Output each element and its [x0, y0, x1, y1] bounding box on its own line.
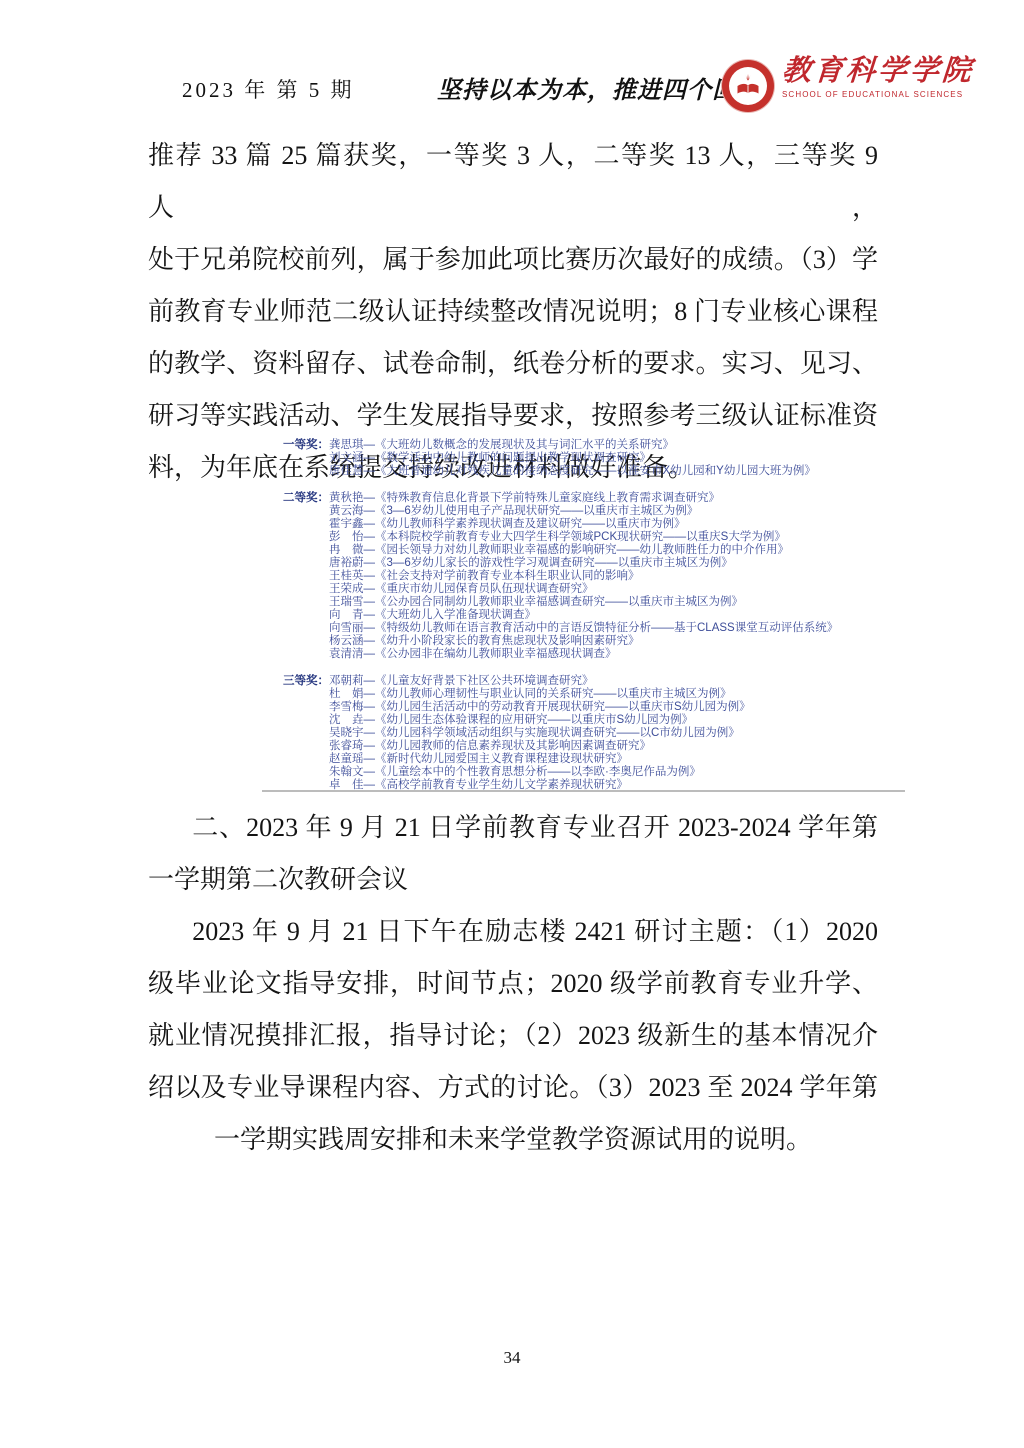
award-winner-name: 李雪梅 — [329, 701, 364, 713]
award-thesis-title: 《数学活动中幼儿教师的问题提出教学现状调查研究》 — [375, 452, 651, 464]
award-item: 朱翰文—《儿童绘本中的个性教育思想分析——以李欧·李奥尼作品为例》 — [329, 766, 923, 779]
dash: — — [364, 557, 376, 569]
dash: — — [364, 648, 376, 660]
image-bottom-divider — [262, 790, 905, 792]
dash: — — [364, 766, 376, 778]
award-winner-name: 王桂英 — [329, 570, 364, 582]
award-group-second-prize: 二等奖： 黄秋艳—《特殊教育信息化背景下学前特殊儿童家庭线上教育需求调查研究》黄… — [283, 492, 923, 661]
text-line: 就业情况摸排汇报，指导讨论；（2）2023 级新生的基本情况介 — [148, 1010, 878, 1062]
dash: — — [364, 492, 376, 504]
dash: — — [364, 544, 376, 556]
award-thesis-title: 《幼儿园教师的信息素养现状及其影响因素调查研究》 — [375, 740, 651, 752]
header-motto: 坚持以本为本，推进四个回归 — [437, 70, 762, 105]
award-item: 唐裕蔚—《3—6岁幼儿家长的游戏性学习观调查研究——以重庆市主城区为例》 — [329, 557, 923, 570]
award-item: 刘文涵—《数学活动中幼儿教师的问题提出教学现状调查研究》 — [329, 452, 923, 465]
award-winner-name: 张睿琦 — [329, 740, 364, 752]
dash: — — [364, 675, 376, 687]
dash: — — [364, 465, 376, 477]
award-thesis-title: 《本科院校学前教育专业大四学生科学领域PCK现状研究——以重庆S大学为例》 — [375, 531, 786, 543]
award-thesis-title: 《特殊教育信息化背景下学前特殊儿童家庭线上教育需求调查研究》 — [375, 492, 720, 504]
award-winner-name: 杨云涵 — [329, 635, 364, 647]
award-thesis-title: 《重庆市幼儿园保育员队伍现状调查研究》 — [375, 583, 594, 595]
award-thesis-title: 《3—6岁幼儿家长的游戏性学习观调查研究——以重庆市主城区为例》 — [375, 557, 733, 569]
award-item: 唐佳慧—《大班普通幼儿对残疾儿童的接纳态度研究——以淮安市X幼儿园和Y幼儿园大班… — [329, 465, 923, 478]
award-item: 冉 微—《园长领导力对幼儿教师职业幸福感的影响研究——幼儿教师胜任力的中介作用》 — [329, 544, 923, 557]
award-thesis-title: 《幼升小阶段家长的教育焦虑现状及影响因素研究》 — [375, 635, 640, 647]
award-item: 赵童瑶—《新时代幼儿园爱国主义教育课程建设现状研究》 — [329, 753, 923, 766]
award-thesis-title: 《大班幼儿数概念的发展现状及其与词汇水平的关系研究》 — [375, 439, 674, 451]
dash: — — [364, 714, 376, 726]
award-winner-name: 冉 微 — [329, 544, 364, 556]
award-winner-name: 吴晓宇 — [329, 727, 364, 739]
school-name-en: SCHOOL OF EDUCATIONAL SCIENCES — [782, 90, 974, 99]
award-winner-name: 王瑞雪 — [329, 596, 364, 608]
seal-inner-disc — [729, 67, 767, 105]
dash: — — [364, 596, 376, 608]
award-item: 龚思琪—《大班幼儿数概念的发展现状及其与词汇水平的关系研究》 — [329, 439, 923, 452]
award-item: 王桂英—《社会支持对学前教育专业本科生职业认同的影响》 — [329, 570, 923, 583]
dash: — — [364, 583, 376, 595]
award-winner-name: 朱翰文 — [329, 766, 364, 778]
text-line: 前教育专业师范二级认证持续整改情况说明；8 门专业核心课程 — [148, 286, 878, 338]
award-item: 黄云海—《3—6岁幼儿使用电子产品现状研究——以重庆市主城区为例》 — [329, 505, 923, 518]
award-item: 李雪梅—《幼儿园生活活动中的劳动教育开展现状研究——以重庆市S幼儿园为例》 — [329, 701, 923, 714]
award-items: 邓朝莉—《儿童友好背景下社区公共环境调查研究》杜 娟—《幼儿教师心理韧性与职业认… — [329, 675, 923, 792]
award-thesis-title: 《幼儿园生态体验课程的应用研究——以重庆市S幼儿园为例》 — [375, 714, 693, 726]
award-item: 黄秋艳—《特殊教育信息化背景下学前特殊儿童家庭线上教育需求调查研究》 — [329, 492, 923, 505]
award-item: 王荣成—《重庆市幼儿园保育员队伍现状调查研究》 — [329, 583, 923, 596]
award-winner-name: 邓朝莉 — [329, 675, 364, 687]
text-line: 一学期第二次教研会议 — [148, 854, 878, 906]
award-thesis-title: 《社会支持对学前教育专业本科生职业认同的影响》 — [375, 570, 640, 582]
award-winner-name: 黄秋艳 — [329, 492, 364, 504]
award-item: 向 青—《大班幼儿入学准备现状调查》 — [329, 609, 923, 622]
award-winner-name: 杜 娟 — [329, 688, 364, 700]
dash: — — [364, 740, 376, 752]
award-item: 王瑞雪—《公办园合同制幼儿教师职业幸福感调查研究——以重庆市主城区为例》 — [329, 596, 923, 609]
issue-label: 2023 年 第 5 期 — [182, 74, 355, 104]
award-group-label: 一等奖： — [283, 439, 329, 478]
text-line: 绍以及专业导课程内容、方式的讨论。（3）2023 至 2024 学年第 — [148, 1062, 878, 1114]
dash: — — [364, 570, 376, 582]
text-line: 研习等实践活动、学生发展指导要求，按照参考三级认证标准资 — [148, 390, 878, 442]
award-thesis-title: 《儿童友好背景下社区公共环境调查研究》 — [375, 675, 594, 687]
award-thesis-title: 《幼儿园生活活动中的劳动教育开展现状研究——以重庆市S幼儿园为例》 — [375, 701, 751, 713]
award-item: 霍宇鑫—《幼儿教师科学素养现状调查及建议研究——以重庆市为例》 — [329, 518, 923, 531]
award-winner-name: 唐佳慧 — [329, 465, 364, 477]
dash: — — [364, 531, 376, 543]
award-winner-name: 龚思琪 — [329, 439, 364, 451]
award-winner-name: 刘文涵 — [329, 452, 364, 464]
dash: — — [364, 439, 376, 451]
dash: — — [364, 505, 376, 517]
text-line: 2023 年 9 月 21 日下午在励志楼 2421 研讨主题：（1）2020 — [148, 906, 878, 958]
dash: — — [364, 753, 376, 765]
award-item: 邓朝莉—《儿童友好背景下社区公共环境调查研究》 — [329, 675, 923, 688]
award-thesis-title: 《特级幼儿教师在语言教育活动中的言语反馈特征分析——基于CLASS课堂互动评估系… — [375, 622, 838, 634]
text-line: 的教学、资料留存、试卷命制，纸卷分析的要求。实习、见习、 — [148, 338, 878, 390]
dash: — — [364, 609, 376, 621]
award-thesis-title: 《公办园合同制幼儿教师职业幸福感调查研究——以重庆市主城区为例》 — [375, 596, 743, 608]
award-item: 杨云涵—《幼升小阶段家长的教育焦虑现状及影响因素研究》 — [329, 635, 923, 648]
award-thesis-title: 《新时代幼儿园爱国主义教育课程建设现状研究》 — [375, 753, 628, 765]
award-items: 黄秋艳—《特殊教育信息化背景下学前特殊儿童家庭线上教育需求调查研究》黄云海—《3… — [329, 492, 923, 661]
award-thesis-title: 《幼儿教师科学素养现状调查及建议研究——以重庆市为例》 — [375, 518, 686, 530]
text-line: 级毕业论文指导安排，时间节点；2020 级学前教育专业升学、 — [148, 958, 878, 1010]
text-line: 处于兄弟院校前列，属于参加此项比赛历次最好的成绩。（3）学 — [148, 234, 878, 286]
award-items: 龚思琪—《大班幼儿数概念的发展现状及其与词汇水平的关系研究》刘文涵—《数学活动中… — [329, 439, 923, 478]
award-group-third-prize: 三等奖： 邓朝莉—《儿童友好背景下社区公共环境调查研究》杜 娟—《幼儿教师心理韧… — [283, 675, 923, 792]
dash: — — [364, 701, 376, 713]
award-winner-name: 赵童瑶 — [329, 753, 364, 765]
award-item: 杜 娟—《幼儿教师心理韧性与职业认同的关系研究——以重庆市主城区为例》 — [329, 688, 923, 701]
page-number: 34 — [0, 1348, 1024, 1368]
award-thesis-title: 《大班普通幼儿对残疾儿童的接纳态度研究——以淮安市X幼儿园和Y幼儿园大班为例》 — [375, 465, 816, 477]
dash: — — [364, 635, 376, 647]
award-winner-name: 袁清清 — [329, 648, 364, 660]
award-item: 张睿琦—《幼儿园教师的信息素养现状及其影响因素调查研究》 — [329, 740, 923, 753]
document-page: 2023 年 第 5 期 坚持以本为本，推进四个回归 教育科学学院 SCHOOL… — [0, 0, 1024, 1448]
award-item: 向雪丽—《特级幼儿教师在语言教育活动中的言语反馈特征分析——基于CLASS课堂互… — [329, 622, 923, 635]
award-thesis-title: 《3—6岁幼儿使用电子产品现状研究——以重庆市主城区为例》 — [375, 505, 698, 517]
award-thesis-title: 《幼儿园科学领域活动组织与实施现状调查研究——以C市幼儿园为例》 — [375, 727, 740, 739]
paragraph-meeting: 二、2023 年 9 月 21 日学前教育专业召开 2023-2024 学年第 … — [148, 802, 878, 1166]
dash: — — [364, 452, 376, 464]
award-winner-name: 王荣成 — [329, 583, 364, 595]
awards-list: 一等奖： 龚思琪—《大班幼儿数概念的发展现状及其与词汇水平的关系研究》刘文涵—《… — [283, 439, 923, 806]
school-logo: 教育科学学院 SCHOOL OF EDUCATIONAL SCIENCES — [722, 55, 974, 112]
open-book-icon — [733, 71, 763, 101]
dash: — — [364, 727, 376, 739]
award-group-label: 二等奖： — [283, 492, 329, 661]
text-line: 一学期实践周安排和未来学堂教学资源试用的说明。 — [148, 1114, 878, 1166]
school-name-cn: 教育科学学院 — [781, 55, 975, 87]
award-thesis-title: 《儿童绘本中的个性教育思想分析——以李欧·李奥尼作品为例》 — [375, 766, 701, 778]
award-thesis-title: 《大班幼儿入学准备现状调查》 — [375, 609, 536, 621]
award-winner-name: 霍宇鑫 — [329, 518, 364, 530]
award-group-label: 三等奖： — [283, 675, 329, 792]
award-item: 吴晓宇—《幼儿园科学领域活动组织与实施现状调查研究——以C市幼儿园为例》 — [329, 727, 923, 740]
award-winner-name: 彭 怡 — [329, 531, 364, 543]
award-thesis-title: 《幼儿教师心理韧性与职业认同的关系研究——以重庆市主城区为例》 — [375, 688, 732, 700]
award-thesis-title: 《公办园非在编幼儿教师职业幸福感现状调查》 — [375, 648, 617, 660]
dash: — — [364, 518, 376, 530]
award-winner-name: 唐裕蔚 — [329, 557, 364, 569]
award-item: 沈 垚—《幼儿园生态体验课程的应用研究——以重庆市S幼儿园为例》 — [329, 714, 923, 727]
award-thesis-title: 《园长领导力对幼儿教师职业幸福感的影响研究——幼儿教师胜任力的中介作用》 — [375, 544, 789, 556]
dash: — — [364, 622, 376, 634]
award-winner-name: 沈 垚 — [329, 714, 364, 726]
award-item: 彭 怡—《本科院校学前教育专业大四学生科学领域PCK现状研究——以重庆S大学为例… — [329, 531, 923, 544]
text-line: 推荐 33 篇 25 篇获奖，一等奖 3 人，二等奖 13 人，三等奖 9 人， — [148, 130, 878, 234]
award-group-first-prize: 一等奖： 龚思琪—《大班幼儿数概念的发展现状及其与词汇水平的关系研究》刘文涵—《… — [283, 439, 923, 478]
award-winner-name: 黄云海 — [329, 505, 364, 517]
award-item: 袁清清—《公办园非在编幼儿教师职业幸福感现状调查》 — [329, 648, 923, 661]
award-winner-name: 向雪丽 — [329, 622, 364, 634]
text-line: 二、2023 年 9 月 21 日学前教育专业召开 2023-2024 学年第 — [148, 802, 878, 854]
logo-text: 教育科学学院 SCHOOL OF EDUCATIONAL SCIENCES — [782, 55, 974, 99]
award-winner-name: 向 青 — [329, 609, 364, 621]
dash: — — [364, 688, 376, 700]
school-seal-icon — [722, 60, 774, 112]
